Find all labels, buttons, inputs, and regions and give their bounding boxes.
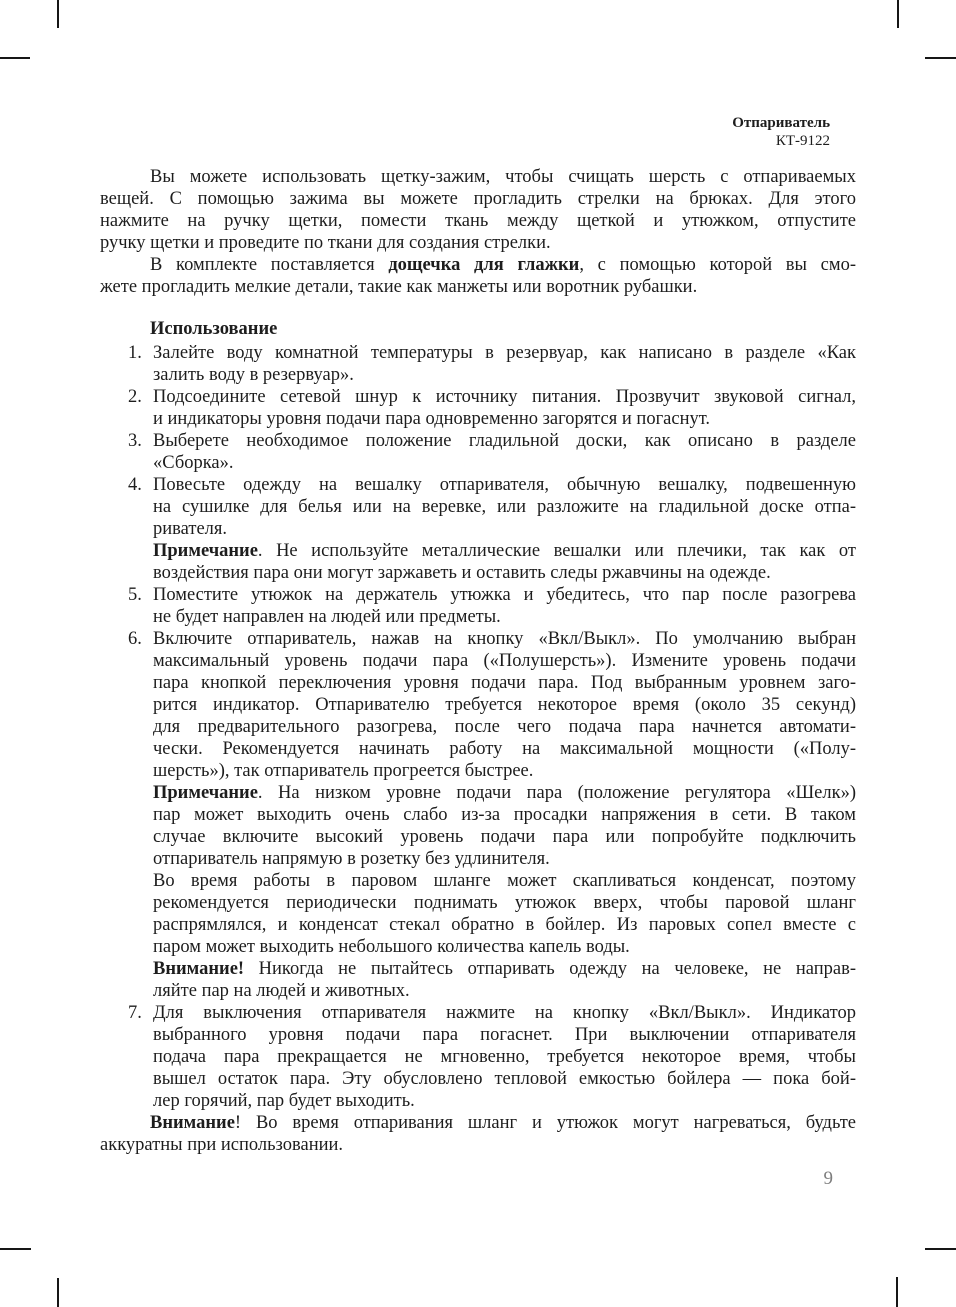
crop-mark-bottom-right-horizontal — [925, 1248, 956, 1250]
section-heading: Использование — [150, 318, 856, 340]
text-line: не будет направлен на людей или предметы… — [153, 606, 856, 628]
crop-mark-top-left-vertical — [57, 0, 59, 28]
text-line: максимальный уровень подачи пара («Полуш… — [153, 650, 856, 672]
crop-mark-top-right-vertical — [897, 0, 899, 28]
text-line: Вы можете использовать щетку-зажим, чтоб… — [100, 166, 856, 188]
text-line: Повесьте одежду на вешалку отпаривателя,… — [153, 474, 856, 496]
crop-mark-bottom-right-vertical — [896, 1277, 898, 1307]
text-line: нажмите на ручку щетки, помести ткань ме… — [100, 210, 856, 232]
text-line: вещей. С помощью зажима вы можете прогла… — [100, 188, 856, 210]
text-line: паром может выходить небольшого количест… — [153, 936, 856, 958]
text-line: ляйте пар на людей и животных. — [153, 980, 856, 1002]
page-header-model: КТ-9122 — [732, 132, 830, 150]
text-line: Примечание. На низком уровне подачи пара… — [153, 782, 856, 804]
text-column: Вы можете использовать щетку-зажим, чтоб… — [100, 166, 856, 1156]
text-line: Включите отпариватель, нажав на кнопку «… — [153, 628, 856, 650]
paragraph: В комплекте поставляется дощечка для гла… — [100, 254, 856, 298]
text-line: и индикаторы уровня подачи пара одноврем… — [153, 408, 856, 430]
text-line: чески. Рекомендуется начинать работу на … — [153, 738, 856, 760]
text-line: для предварительного разогрева, после че… — [153, 716, 856, 738]
note-paragraph: Внимание! Никогда не пытайтесь отпариват… — [100, 958, 856, 1002]
text-line: Для выключения отпаривателя нажмите на к… — [153, 1002, 856, 1024]
text-line: рекомендуется периодически поднимать утю… — [153, 892, 856, 914]
list-item: 6.Включите отпариватель, нажав на кнопку… — [100, 628, 856, 782]
text-line: пар может выходить очень слабо из-за про… — [153, 804, 856, 826]
list-item: 5.Поместите утюжок на держатель утюжка и… — [100, 584, 856, 628]
text-line: Во время работы в паровом шланге может с… — [153, 870, 856, 892]
list-item: 2.Подсоедините сетевой шнур к источнику … — [100, 386, 856, 430]
text-line: шерсть»), так отпариватель прогреется бы… — [153, 760, 856, 782]
text-line: Выберете необходимое положение гладильно… — [153, 430, 856, 452]
note-paragraph: Во время работы в паровом шланге может с… — [100, 870, 856, 958]
text-line: рится индикатор. Отпаривателю требуется … — [153, 694, 856, 716]
text-line: аккуратны при использовании. — [100, 1134, 856, 1156]
text-line: отпариватель напрямую в розетку без удли… — [153, 848, 856, 870]
list-item-number: 7. — [128, 1002, 142, 1024]
list-item: 4.Повесьте одежду на вешалку отпаривател… — [100, 474, 856, 540]
paragraph: Вы можете использовать щетку-зажим, чтоб… — [100, 166, 856, 254]
text-line: «Сборка». — [153, 452, 856, 474]
list-item: 7.Для выключения отпаривателя нажмите на… — [100, 1002, 856, 1112]
list-item-number: 4. — [128, 474, 142, 496]
list-item-number: 5. — [128, 584, 142, 606]
note-paragraph: Примечание. Не используйте металлические… — [100, 540, 856, 584]
text-line: Примечание. Не используйте металлические… — [153, 540, 856, 562]
list-item-number: 2. — [128, 386, 142, 408]
page-header-title: Отпариватель — [732, 114, 830, 132]
text-line: В комплекте поставляется дощечка для гла… — [100, 254, 856, 276]
crop-mark-top-right-horizontal — [925, 57, 956, 59]
text-line: распрямлялся, и конденсат стекал обратно… — [153, 914, 856, 936]
crop-mark-bottom-left-vertical — [57, 1278, 59, 1307]
text-line: выбранного уровня подачи пара погаснет. … — [153, 1024, 856, 1046]
text-line: Внимание! Во время отпаривания шланг и у… — [100, 1112, 856, 1134]
list-item: 3.Выберете необходимое положение гладиль… — [100, 430, 856, 474]
text-line: Залейте воду комнатной температуры в рез… — [153, 342, 856, 364]
page-number: 9 — [824, 1168, 834, 1190]
text-line: вышел остаток пара. Эту обусловлено тепл… — [153, 1068, 856, 1090]
text-line: ручку щетки и проведите по ткани для соз… — [100, 232, 856, 254]
note-paragraph: Примечание. На низком уровне подачи пара… — [100, 782, 856, 870]
text-line: подача пара прекращается не мгновенно, т… — [153, 1046, 856, 1068]
text-line: воздействия пара они могут заржаветь и о… — [153, 562, 856, 584]
text-line: залить воду в резервуар». — [153, 364, 856, 386]
list-item-number: 3. — [128, 430, 142, 452]
text-line: на сушилке для белья или на веревке, или… — [153, 496, 856, 518]
running-header: Отпариватель КТ-9122 — [732, 114, 830, 150]
text-line: случае включите высокий уровень подачи п… — [153, 826, 856, 848]
text-line: Подсоедините сетевой шнур к источнику пи… — [153, 386, 856, 408]
text-line: жете прогладить мелкие детали, такие как… — [100, 276, 856, 298]
text-line: ривателя. — [153, 518, 856, 540]
list-item-number: 6. — [128, 628, 142, 650]
crop-mark-top-left-horizontal — [0, 57, 30, 59]
paragraph: Внимание! Во время отпаривания шланг и у… — [100, 1112, 856, 1156]
crop-mark-bottom-left-horizontal — [0, 1248, 31, 1250]
list-item-number: 1. — [128, 342, 142, 364]
text-line: Внимание! Никогда не пытайтесь отпариват… — [153, 958, 856, 980]
text-line: Поместите утюжок на держатель утюжка и у… — [153, 584, 856, 606]
manual-page: Отпариватель КТ-9122 Вы можете использов… — [0, 0, 956, 1307]
text-line: лер горячий, пар будет выходить. — [153, 1090, 856, 1112]
text-line: пара кнопкой переключения уровня подачи … — [153, 672, 856, 694]
list-item: 1.Залейте воду комнатной температуры в р… — [100, 342, 856, 386]
